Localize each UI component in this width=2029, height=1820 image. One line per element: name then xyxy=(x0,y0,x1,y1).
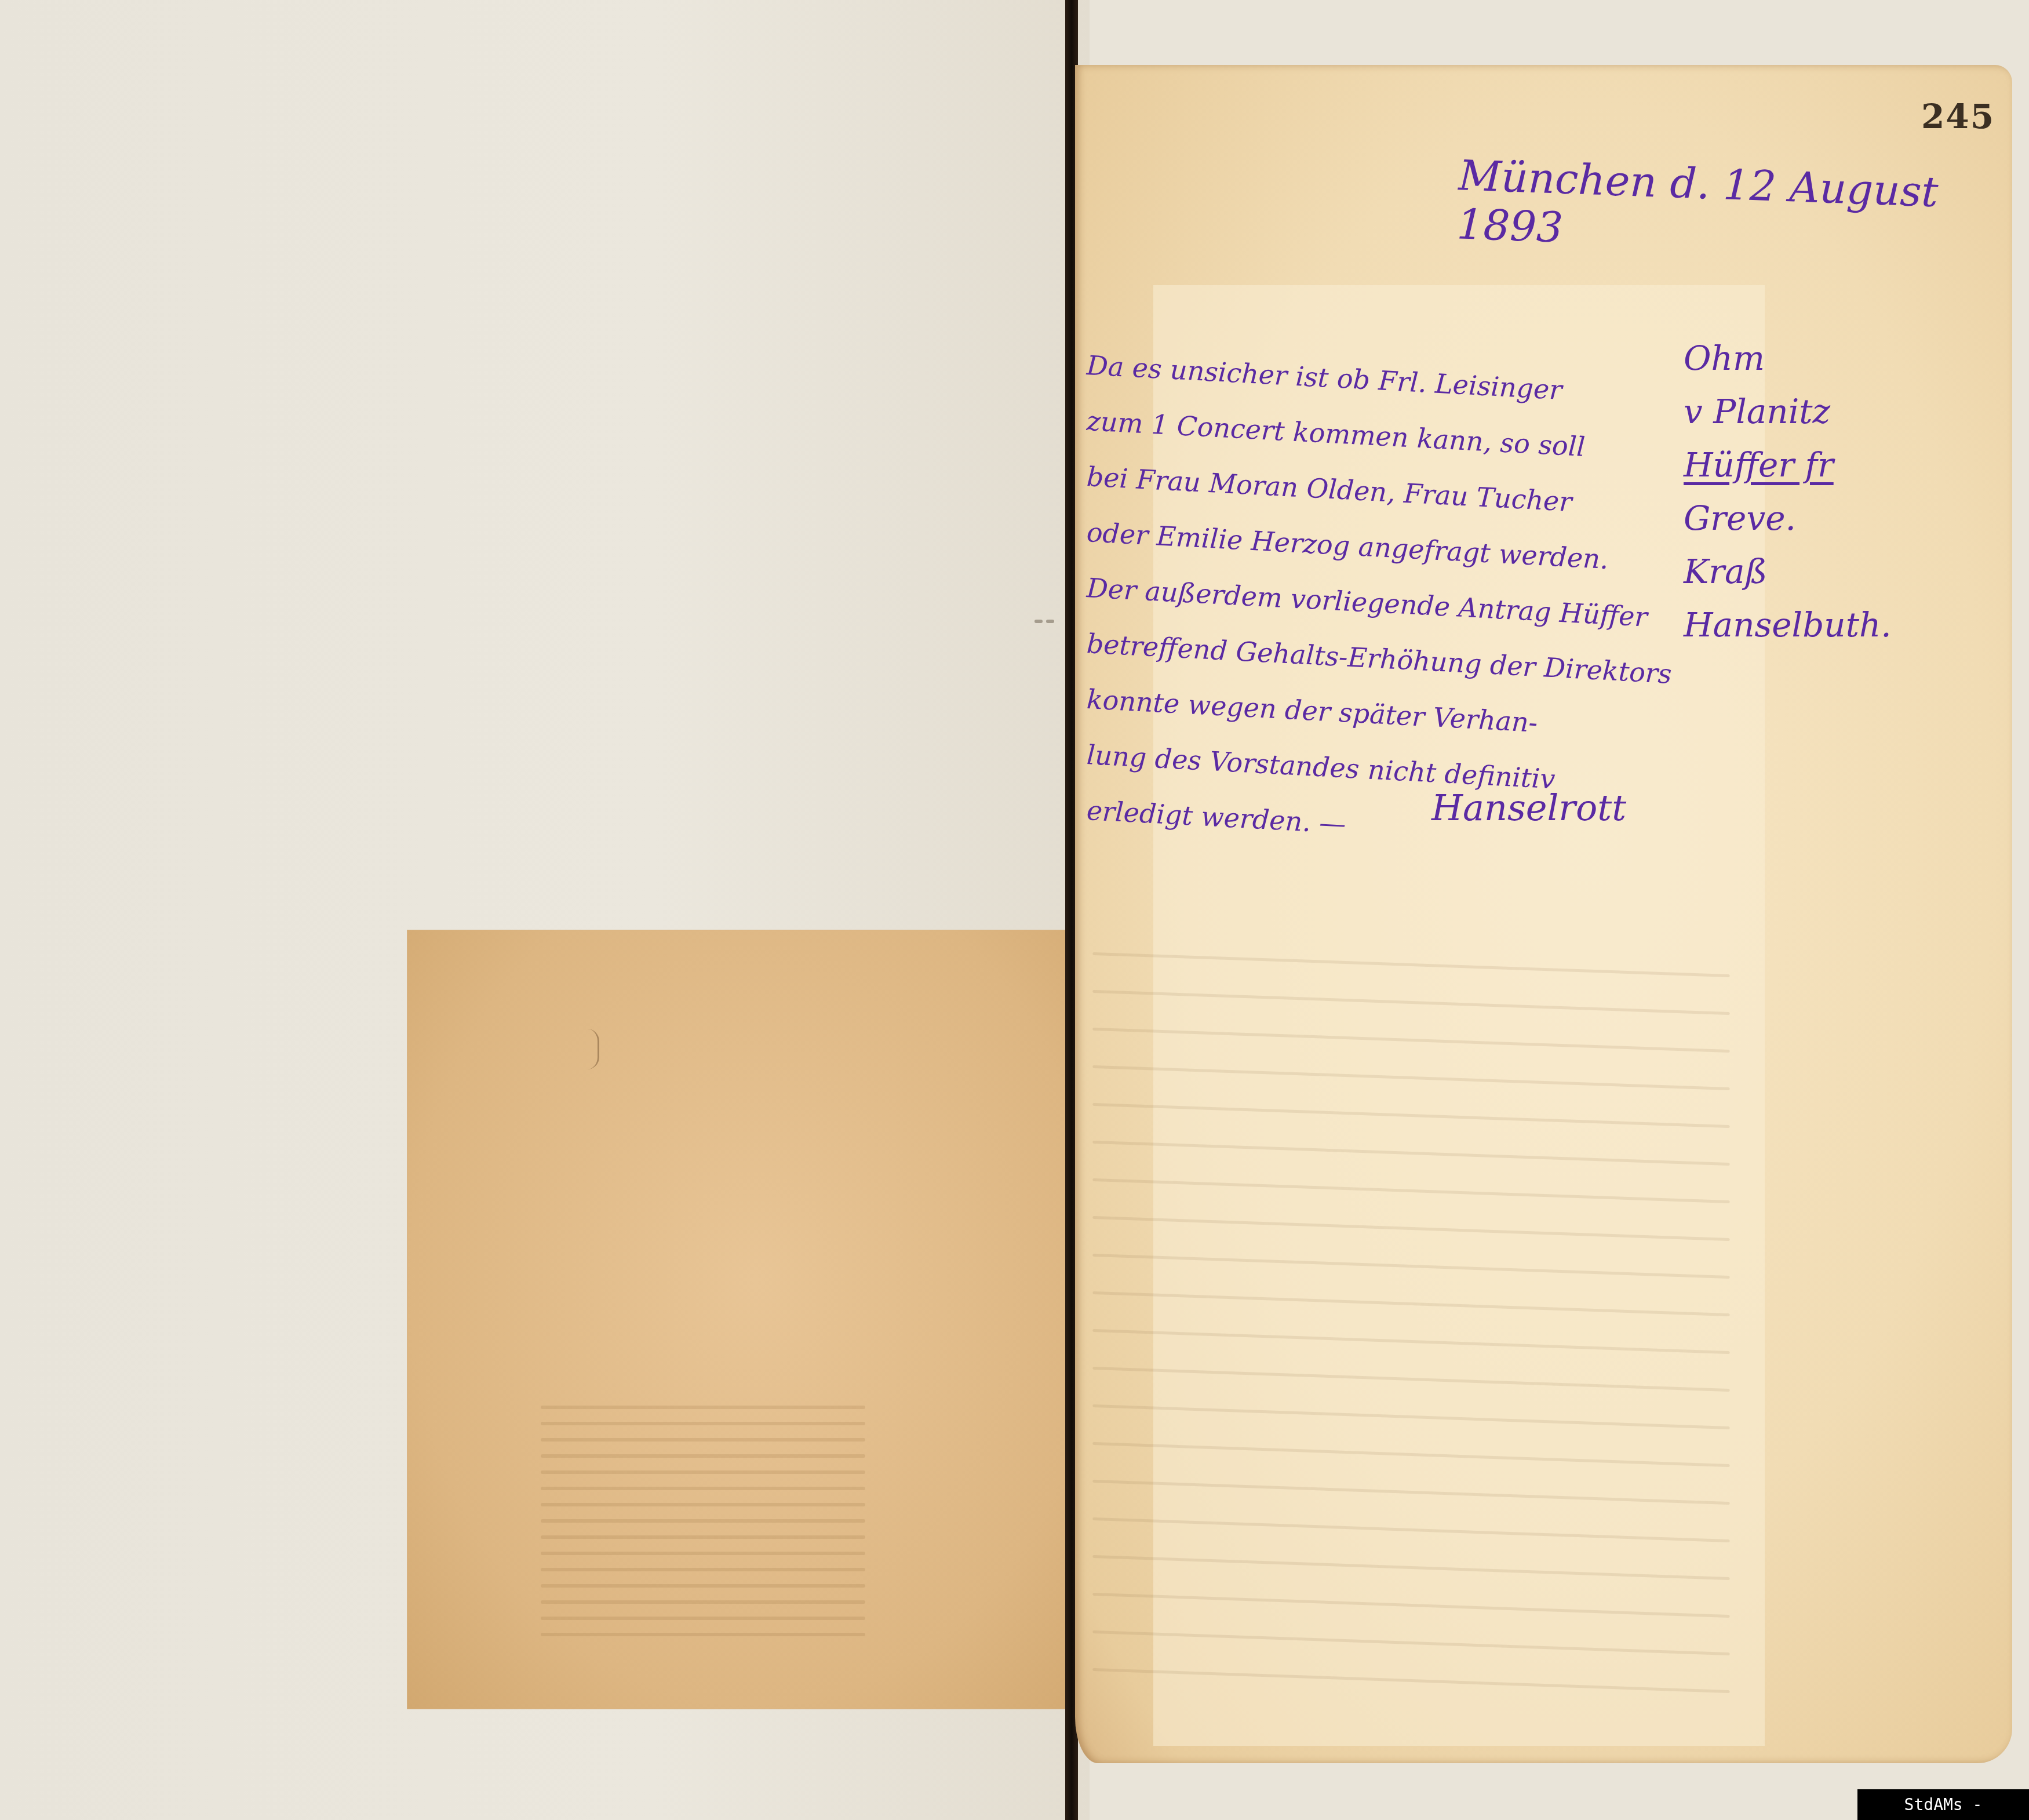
attendee-name: Greve. xyxy=(1684,492,1875,545)
right-page: 245 München d. 12 August 1893 Da es unsi… xyxy=(1075,65,2012,1763)
gutter-marks xyxy=(1034,614,1069,619)
attendee-name: Ohm xyxy=(1684,332,1875,385)
pasted-brown-slip xyxy=(407,930,1103,1709)
date-heading: München d. 12 August 1893 xyxy=(1456,151,2013,267)
bleed-through-writing xyxy=(1092,963,1730,1717)
signature: Hanselrott xyxy=(1431,787,1626,829)
attendee-name: Hüffer fr xyxy=(1684,438,1875,492)
page-number: 245 xyxy=(1921,97,1995,136)
attendee-name: v Planitz xyxy=(1684,385,1875,438)
attendee-name: Kraß xyxy=(1684,545,1875,598)
slip-bleed-through-lines xyxy=(541,1406,865,1649)
archive-reference-label: StdAMs - MV_004_361 xyxy=(1857,1789,2029,1820)
left-page xyxy=(0,0,1090,1820)
slip-pencil-mark xyxy=(587,1029,599,1069)
attendee-name: Hanselbuth. xyxy=(1684,598,1875,651)
document-scan: 245 München d. 12 August 1893 Da es unsi… xyxy=(0,0,2029,1820)
minutes-body: Da es unsicher ist ob Frl. Leisinger zum… xyxy=(1087,337,1672,838)
attendees-list: Ohm v Planitz Hüffer fr Greve. Kraß Hans… xyxy=(1684,332,1875,651)
